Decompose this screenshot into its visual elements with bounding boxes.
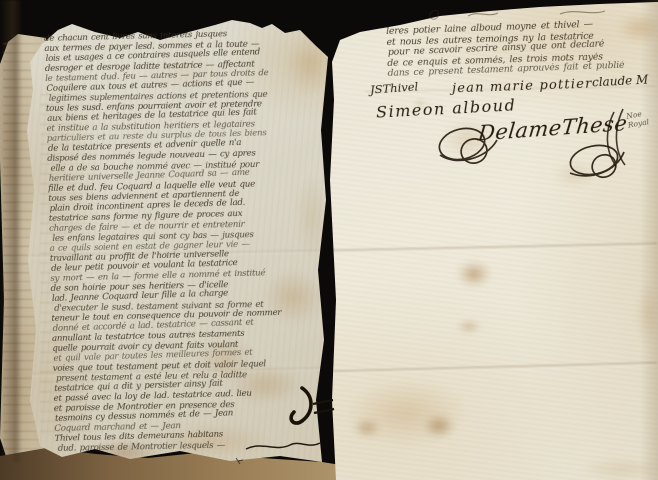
fold-crease [331,243,657,254]
page-seam-shadow [0,0,22,462]
fold-crease [331,362,657,375]
small-ink-mark [236,458,243,464]
faint-top-loop [430,10,438,19]
water-stain [635,282,658,346]
signature-jean-marie-pottier: jean marie pottier [452,77,593,97]
water-stain [553,162,597,188]
water-stain [347,380,467,446]
signature-claude: claude M [592,73,649,90]
water-stain [457,320,481,333]
notary-title: Noe Royal [626,108,650,129]
faint-top-scribble [468,11,605,16]
water-stain [456,260,492,288]
signature-notary: DelameThese [477,111,629,146]
water-stain [423,414,455,438]
manuscript-body-left: de chacun cent livres sans interets jusq… [44,26,347,453]
manuscript-body-right: leres potier laine alboud moyne et thive… [386,18,656,80]
manuscript-scan: de chacun cent livres sans interets jusq… [0,0,658,480]
signature-simeon-alboud: Simeon alboud [376,95,517,121]
notary-paraph-knot-2 [568,141,624,181]
water-stain [580,458,658,480]
signature-thivel: JSThivel [370,79,419,96]
water-stain [353,418,381,438]
